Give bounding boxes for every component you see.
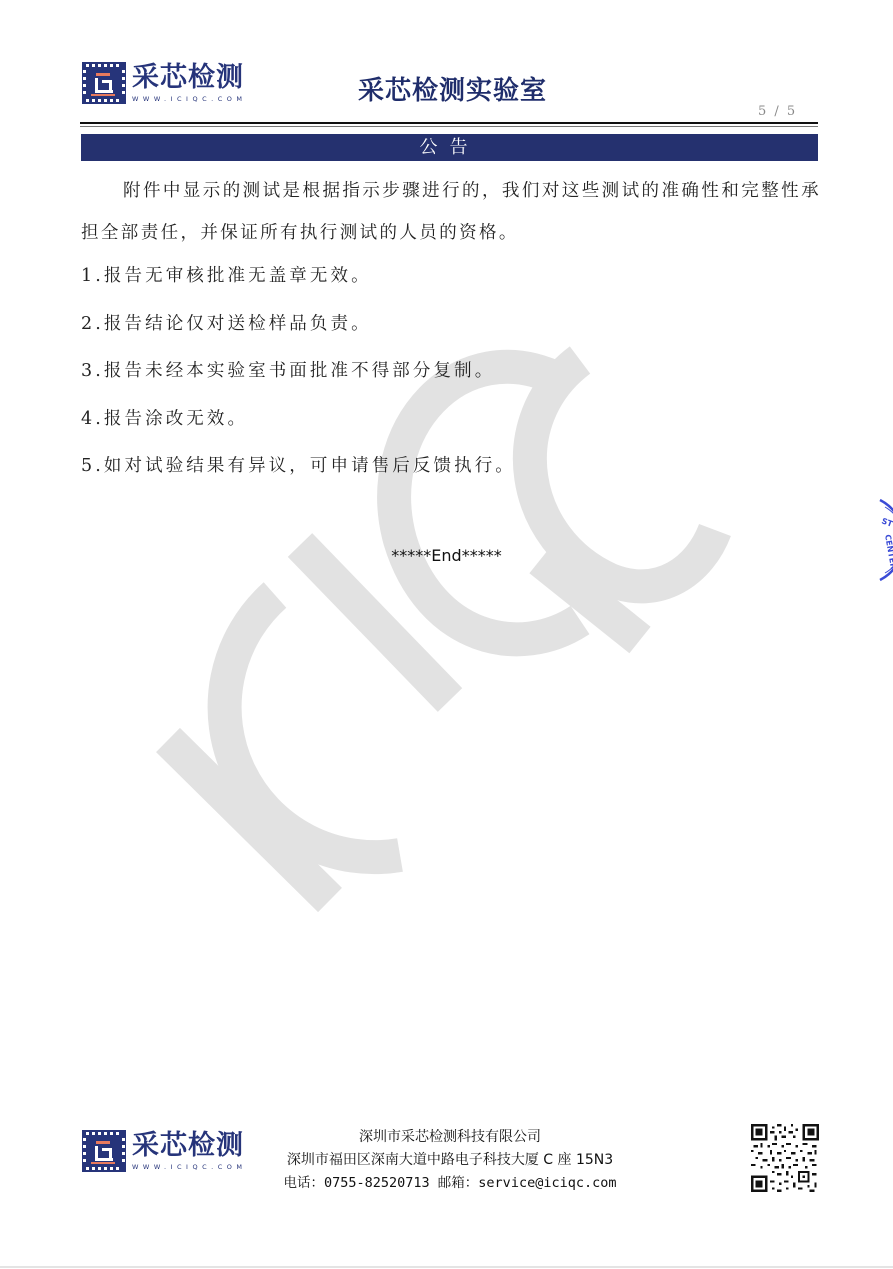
end-marker: *****End*****	[0, 546, 893, 565]
logo-name: 采芯检测	[132, 63, 246, 93]
notice-item: 5.如对试验结果有异议，可申请售后反馈执行。	[81, 452, 516, 477]
chip-logo-icon	[82, 62, 126, 104]
svg-text:ST: ST	[880, 516, 893, 528]
logo-url: WWW.ICIQC.COM	[132, 95, 246, 103]
header-logo: 采芯检测 WWW.ICIQC.COM	[82, 62, 246, 104]
notice-item: 3.报告未经本实验室书面批准不得部分复制。	[81, 357, 495, 382]
notice-banner-label: 公告	[81, 134, 818, 161]
page-bottom-edge	[0, 1266, 893, 1268]
header-divider-thin	[80, 126, 818, 127]
svg-text:CENTER: CENTER	[883, 534, 893, 570]
footer-address: 深圳市福田区深南大道中路电子科技大厦 C 座 15N3	[250, 1149, 650, 1172]
header-divider	[80, 122, 818, 124]
footer-contact: 电话：0755-82520713 邮箱：service@iciqc.com	[250, 1172, 650, 1195]
notice-banner: 公告	[81, 134, 818, 161]
seal-stamp-icon: ST CENTER	[868, 495, 893, 585]
notice-intro: 附件中显示的测试是根据指示步骤进行的，我们对这些测试的准确性和完整性承担全部责任…	[81, 170, 821, 254]
page-title: 采芯检测实验室	[358, 70, 547, 107]
footer-logo-name: 采芯检测	[132, 1131, 246, 1161]
footer-logo: 采芯检测 WWW.ICIQC.COM	[82, 1130, 246, 1172]
footer-company: 深圳市采芯检测科技有限公司	[250, 1126, 650, 1149]
chip-logo-icon	[82, 1130, 126, 1172]
footer-contact-block: 深圳市采芯检测科技有限公司 深圳市福田区深南大道中路电子科技大厦 C 座 15N…	[250, 1126, 650, 1195]
qr-code-icon[interactable]	[751, 1124, 819, 1192]
footer-logo-url: WWW.ICIQC.COM	[132, 1163, 246, 1171]
notice-item: 1.报告无审核批准无盖章无效。	[81, 262, 372, 287]
notice-item: 4.报告涂改无效。	[81, 405, 248, 430]
notice-item: 2.报告结论仅对送检样品负责。	[81, 310, 372, 335]
page-indicator: 5 / 5	[758, 104, 797, 119]
